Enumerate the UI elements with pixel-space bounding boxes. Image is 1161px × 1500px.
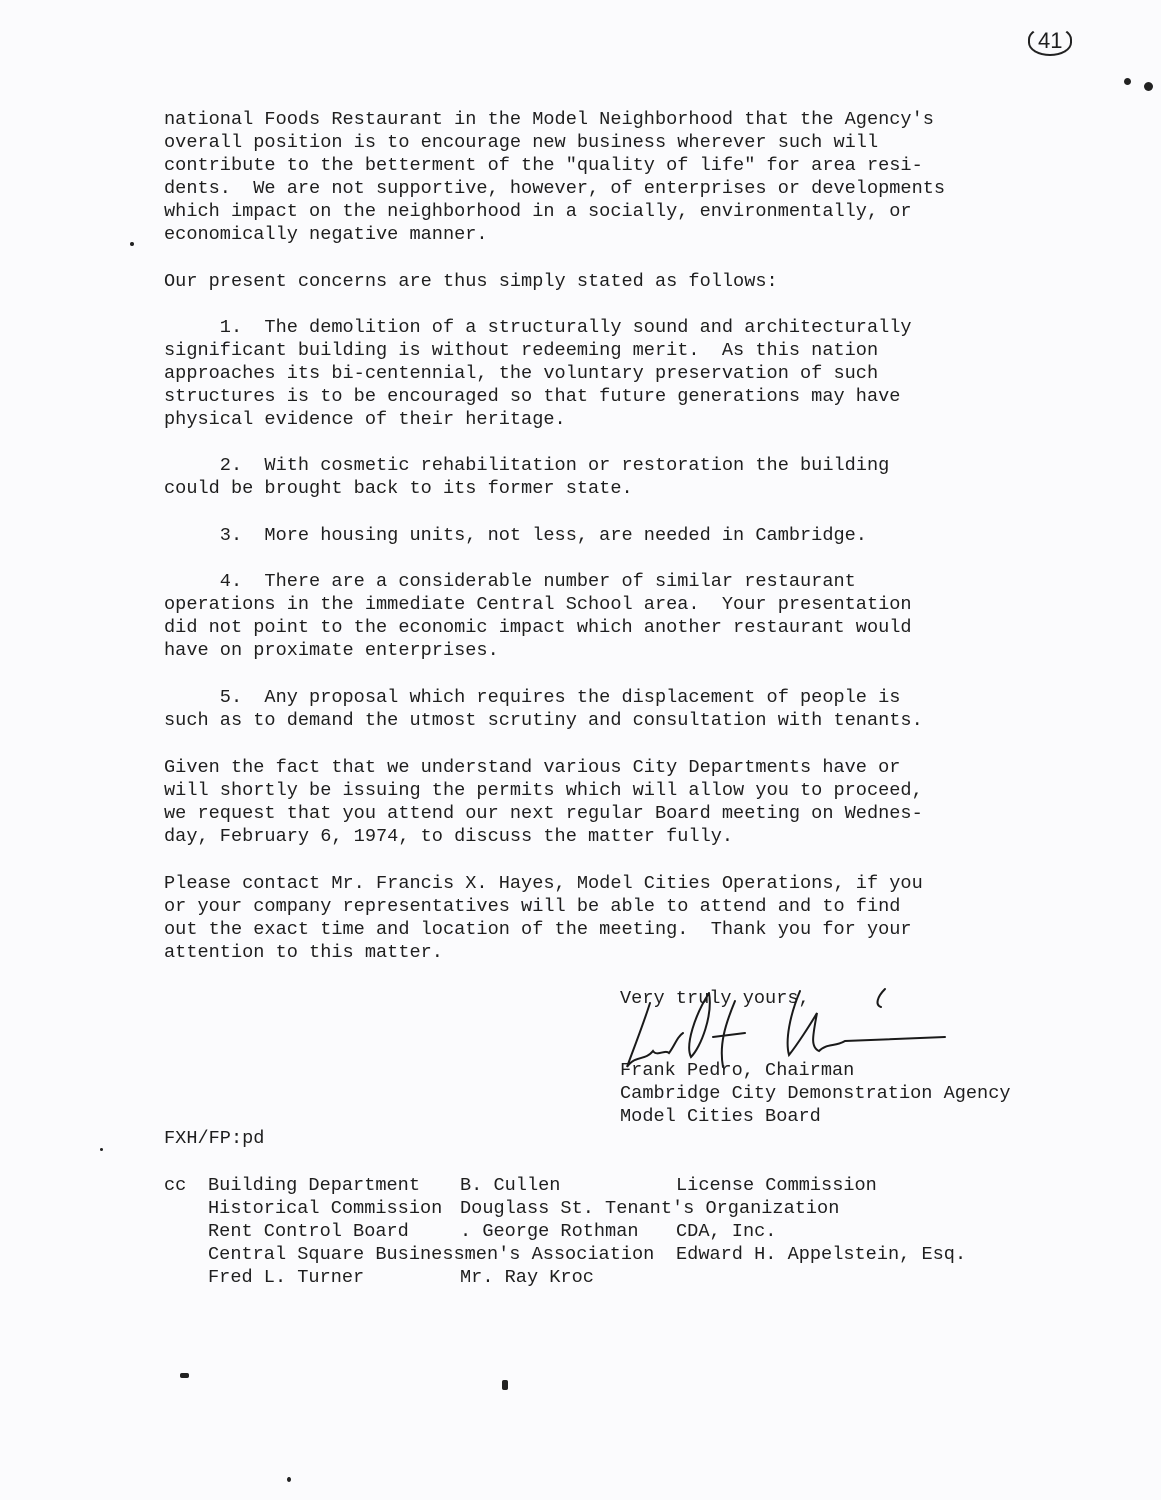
contact-paragraph: Please contact Mr. Francis X. Hayes, Mod… [164, 872, 984, 964]
cc-recipient: License Commission [676, 1174, 877, 1197]
cc-recipient: . George Rothman [460, 1220, 639, 1243]
concern-item-1: 1. The demolition of a structurally soun… [164, 316, 984, 431]
cc-recipient: Edward H. Appelstein, Esq. [676, 1243, 966, 1266]
intro-paragraph: national Foods Restaurant in the Model N… [164, 108, 984, 246]
page-number: 41 [1028, 26, 1072, 56]
cc-recipient: Fred L. Turner [208, 1266, 364, 1289]
cc-recipient: Mr. Ray Kroc [460, 1266, 594, 1289]
signer-board: Model Cities Board [620, 1106, 821, 1128]
concern-item-4: 4. There are a considerable number of si… [164, 570, 984, 662]
cc-recipient: Central Square Businessmen's Association [208, 1243, 654, 1266]
ink-speck [1144, 82, 1153, 91]
ink-speck [287, 1477, 291, 1482]
cc-recipient: Historical Commission [208, 1197, 442, 1220]
cc-recipient: CDA, Inc. [676, 1220, 776, 1243]
ink-speck [502, 1380, 508, 1390]
ink-speck [1124, 78, 1131, 85]
cc-recipient: B. Cullen [460, 1174, 560, 1197]
reference-initials: FXH/FP:pd [164, 1127, 984, 1150]
concern-item-5: 5. Any proposal which requires the displ… [164, 686, 984, 732]
concern-item-3: 3. More housing units, not less, are nee… [164, 524, 984, 547]
ink-speck [180, 1373, 189, 1378]
request-paragraph: Given the fact that we understand variou… [164, 756, 984, 848]
cc-recipient: Douglass St. Tenant's Organization [460, 1197, 839, 1220]
signer-name: Frank Pedro, Chairman [620, 1060, 854, 1082]
concern-item-2: 2. With cosmetic rehabilitation or resto… [164, 454, 984, 500]
ink-speck [100, 1148, 103, 1151]
signer-org: Cambridge City Demonstration Agency [620, 1083, 1011, 1105]
cc-label: cc [164, 1174, 186, 1197]
ink-speck [130, 242, 134, 246]
cc-recipient: Rent Control Board [208, 1220, 409, 1243]
cc-recipient: Building Department [208, 1174, 420, 1197]
concerns-lead: Our present concerns are thus simply sta… [164, 270, 984, 293]
